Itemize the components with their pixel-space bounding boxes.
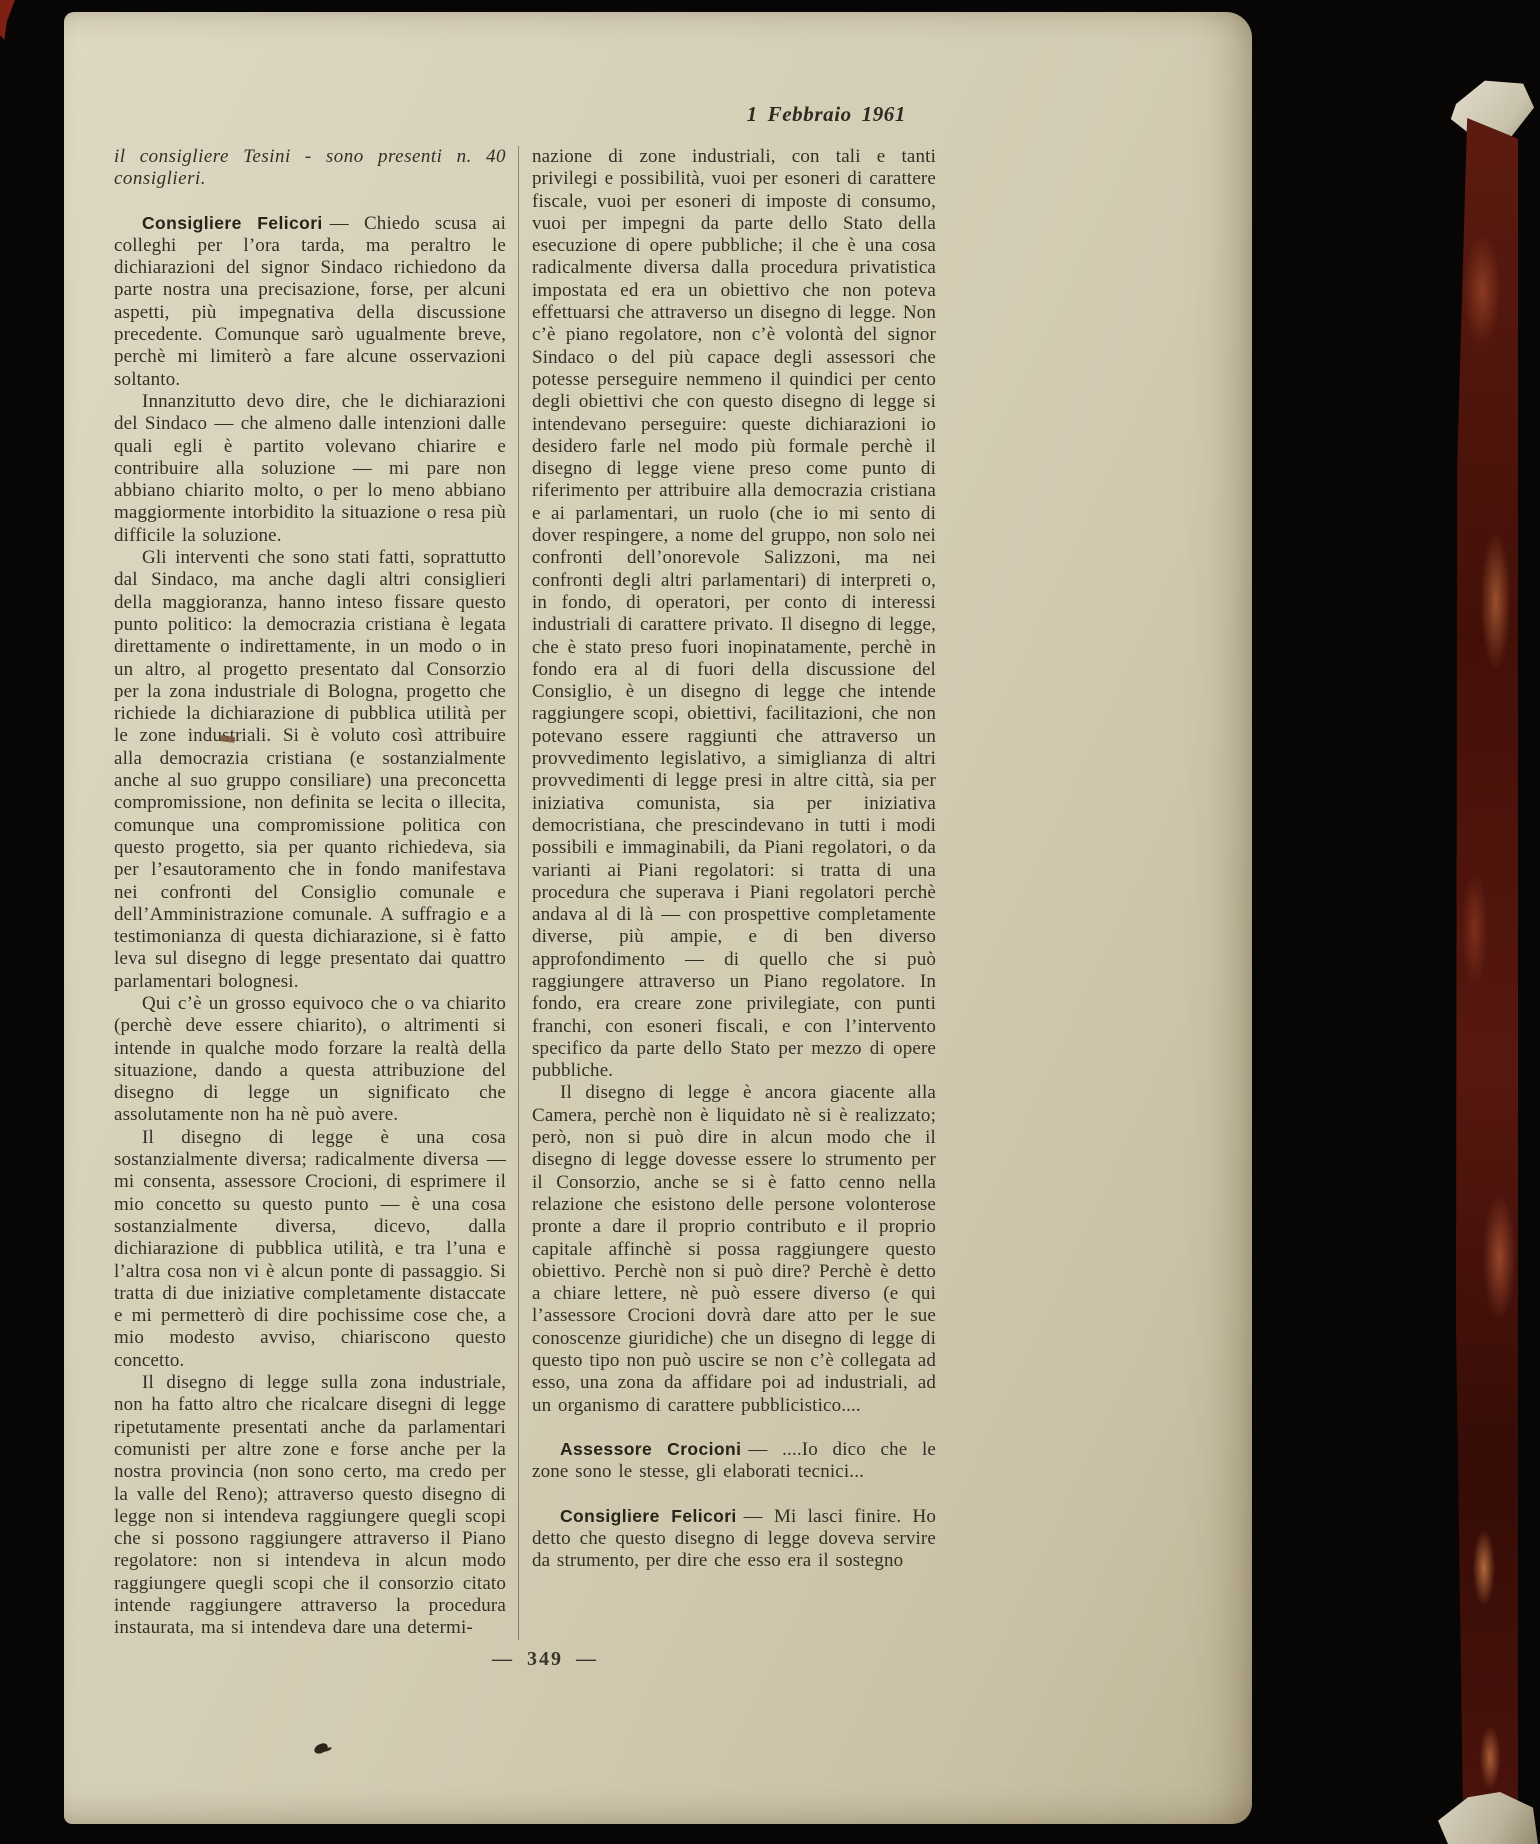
book-fore-edge [1248,28,1466,1830]
paragraph-text: Qui c’è un grosso equivoco che o va chia… [114,993,506,1125]
paragraph-text: il consigliere Tesini - sono presenti n.… [114,146,506,189]
red-corner-mark [0,0,15,40]
paragraph-intro: il consigliere Tesini - sono presenti n.… [114,146,506,191]
paragraph-text: Gli interventi che sono stati fatti, sop… [114,547,506,992]
paragraph: Qui c’è un grosso equivoco che o va chia… [114,993,506,1127]
page-number: — 349 — [134,1648,956,1671]
book-scan: 1 Febbraio 1961 il consigliere Tesini - … [0,0,1540,1844]
book-cover-marbled [1456,118,1518,1844]
paragraph: Il disegno di legge è una cosa sostanzia… [114,1127,506,1372]
speaker-label: Consigliere Felicori [560,1506,737,1526]
paragraph: Consigliere Felicori— Chiedo scusa ai co… [114,212,506,391]
right-column: nazione di zone industriali, con tali e … [518,146,936,1640]
paragraph-text: Il disegno di legge sulla zona industria… [114,1372,506,1638]
speaker-label: Assessore Crocioni [560,1439,741,1459]
paragraph: Consigliere Felicori— Mi lasci finire. H… [532,1505,936,1573]
book-page: 1 Febbraio 1961 il consigliere Tesini - … [64,12,1252,1824]
paragraph: Il disegno di legge è ancora giacente al… [532,1082,936,1416]
page-header-date: 1 Febbraio 1961 [114,102,906,127]
paragraph-continuation: nazione di zone industriali, con tali e … [532,146,936,1082]
paragraph-text: — Chiedo scusa ai colleghi per l’ora tar… [114,213,506,390]
paragraph-text: Il disegno di legge è una cosa sostanzia… [114,1127,506,1371]
paragraph: Assessore Crocioni— ....Io dico che le z… [532,1438,936,1484]
page-text: il consigliere Tesini - sono presenti n.… [114,146,936,1640]
paragraph-text: Il disegno di legge è ancora giacente al… [532,1082,936,1415]
speaker-label: Consigliere Felicori [142,213,323,233]
paragraph: Gli interventi che sono stati fatti, sop… [114,547,506,993]
left-column: il consigliere Tesini - sono presenti n.… [114,146,506,1640]
paragraph-text: Innanzitutto devo dire, che le dichiaraz… [114,391,506,546]
paragraph: Innanzitutto devo dire, che le dichiaraz… [114,391,506,547]
ink-speck [313,1742,329,1755]
paragraph: Il disegno di legge sulla zona industria… [114,1372,506,1640]
paragraph-text: nazione di zone industriali, con tali e … [532,146,936,1081]
